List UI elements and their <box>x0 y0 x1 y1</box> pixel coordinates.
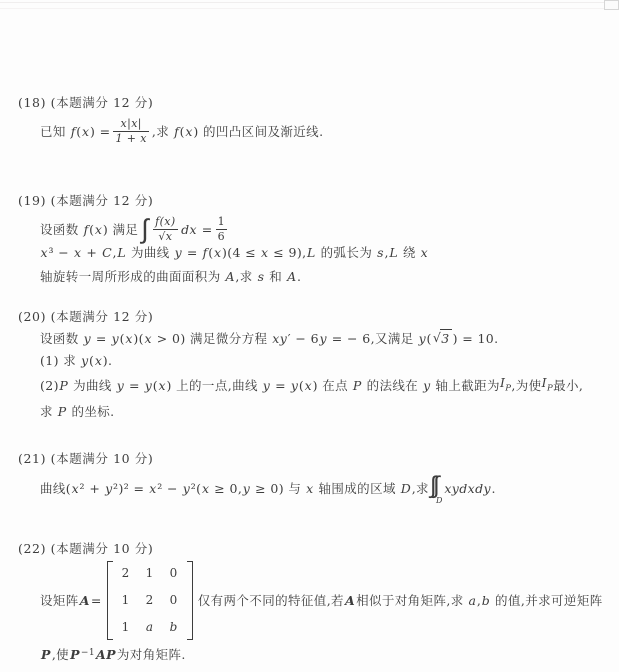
exam-page: { "page": { "kind": "scanned-math-exam-p… <box>0 0 619 672</box>
math-text: (1) 求 y(x). <box>40 352 112 369</box>
matrix-cell: 1 <box>120 592 132 609</box>
math-text: 已知 f(x) = <box>40 123 110 140</box>
problem-line: 曲线(x² + y²)² = x² − y²(x ≥ 0,y ≥ 0) 与 x … <box>40 473 611 503</box>
math-text: 最小, <box>553 377 583 394</box>
problem-header: (18) (本题满分 12 分) <box>18 95 611 110</box>
problem-18: (18) (本题满分 12 分) 已知 f(x) = x|x|1 + x,求 f… <box>18 95 611 146</box>
problem-header: (21) (本题满分 10 分) <box>18 451 611 466</box>
math-text: 相似于对角矩阵,求 a,b 的值,并求可逆矩阵 <box>356 592 603 609</box>
matrix-cell: 2 <box>144 592 156 609</box>
math-text: dx = <box>181 221 213 238</box>
matrix-cell: 0 <box>168 565 180 582</box>
math-text: x³ − x + C,L 为曲线 y = f(x)(4 ≤ x ≤ 9),L 的… <box>40 244 429 261</box>
problem-20: (20) (本题满分 12 分) 设函数 y = y(x)(x > 0) 满足微… <box>18 309 611 420</box>
problem-line: 求 P 的坐标. <box>40 403 611 420</box>
matrix: 2101201ab <box>107 561 193 640</box>
problem-line: 设矩阵 A =2101201ab仅有两个不同的特征值,若 A 相似于对角矩阵,求… <box>40 561 611 640</box>
problem-lines: 设函数 y = y(x)(x > 0) 满足微分方程 xy′ − 6y = − … <box>18 329 611 420</box>
matrix-cell: 0 <box>168 592 180 609</box>
problem-header: (20) (本题满分 12 分) <box>18 309 611 324</box>
math-text: 为对角矩阵. <box>117 646 186 663</box>
math-text: 设矩阵 <box>40 592 79 609</box>
fraction: 16 <box>216 215 227 244</box>
subscripted-symbol: IP <box>542 374 553 398</box>
problem-22: (22) (本题满分 10 分) 设矩阵 A =2101201ab仅有两个不同的… <box>18 541 611 664</box>
math-text: 仅有两个不同的特征值,若 <box>198 592 344 609</box>
math-text: ,为使 <box>511 377 541 394</box>
problem-line: 设函数 y = y(x)(x > 0) 满足微分方程 xy′ − 6y = − … <box>40 329 611 347</box>
scan-page-background: (18) (本题满分 12 分) 已知 f(x) = x|x|1 + x,求 f… <box>0 0 619 672</box>
problem-line: P,使 P−1AP 为对角矩阵. <box>40 645 611 664</box>
scroll-corner-widget <box>604 0 619 10</box>
problem-lines: 设函数 f(x) 满足∫f(x)√xdx = 16x³ − x + C,L 为曲… <box>18 215 611 285</box>
bold-symbol: P <box>69 646 81 663</box>
subscripted-symbol: IP <box>500 374 511 398</box>
integral-sign: ∫ <box>141 216 149 243</box>
math-text: ,使 <box>52 646 69 663</box>
math-text: = <box>91 592 102 609</box>
bold-symbol: AP <box>95 646 117 663</box>
math-text: 轴旋转一周所形成的曲面面积为 A,求 s 和 A. <box>40 268 301 285</box>
problem-header: (19) (本题满分 12 分) <box>18 193 611 208</box>
fraction: f(x)√x <box>153 215 177 244</box>
math-text: 求 P 的坐标. <box>40 403 115 420</box>
math-text: 设函数 y = y(x)(x > 0) 满足微分方程 xy′ − 6y = − … <box>40 330 432 347</box>
math-text: 曲线(x² + y²)² = x² − y²(x ≥ 0,y ≥ 0) 与 x … <box>40 480 429 497</box>
superscript: −1 <box>81 645 95 664</box>
math-text: (2)P 为曲线 y = y(x) 上的一点,曲线 y = y(x) 在点 P … <box>40 377 500 394</box>
page-top-rule-2 <box>0 8 619 9</box>
math-text: xydxdy. <box>444 480 496 497</box>
problem-lines: 曲线(x² + y²)² = x² − y²(x ≥ 0,y ≥ 0) 与 x … <box>18 473 611 503</box>
square-root: √3 <box>433 329 452 347</box>
problem-lines: 设矩阵 A =2101201ab仅有两个不同的特征值,若 A 相似于对角矩阵,求… <box>18 561 611 664</box>
problem-lines: 已知 f(x) = x|x|1 + x,求 f(x) 的凹凸区间及渐近线. <box>18 117 611 146</box>
bold-symbol: P <box>40 646 52 663</box>
problem-line: (1) 求 y(x). <box>40 352 611 369</box>
problem-line: 已知 f(x) = x|x|1 + x,求 f(x) 的凹凸区间及渐近线. <box>40 117 611 146</box>
problem-21: (21) (本题满分 10 分) 曲线(x² + y²)² = x² − y²(… <box>18 451 611 503</box>
problem-line: 设函数 f(x) 满足∫f(x)√xdx = 16x³ − x + C,L 为曲… <box>40 215 611 261</box>
problem-19: (19) (本题满分 12 分) 设函数 f(x) 满足∫f(x)√xdx = … <box>18 193 611 285</box>
page-top-rule <box>0 2 619 3</box>
problem-line: (2)P 为曲线 y = y(x) 上的一点,曲线 y = y(x) 在点 P … <box>40 374 611 398</box>
problem-line: 轴旋转一周所形成的曲面面积为 A,求 s 和 A. <box>40 268 611 285</box>
math-text: 设函数 f(x) 满足 <box>40 221 138 238</box>
bold-symbol: A <box>79 592 91 609</box>
math-text: ,求 f(x) 的凹凸区间及渐近线. <box>152 123 324 140</box>
matrix-cell: a <box>144 619 156 636</box>
matrix-cell: 1 <box>120 619 132 636</box>
problem-header: (22) (本题满分 10 分) <box>18 541 611 556</box>
bold-symbol: A <box>344 592 356 609</box>
math-text: ) = 10. <box>453 330 499 347</box>
double-integral-sign: ∫∫D <box>433 473 440 503</box>
fraction: x|x|1 + x <box>113 117 148 146</box>
matrix-cell: b <box>168 619 180 636</box>
matrix-cell: 1 <box>144 565 156 582</box>
matrix-cell: 2 <box>120 565 132 582</box>
